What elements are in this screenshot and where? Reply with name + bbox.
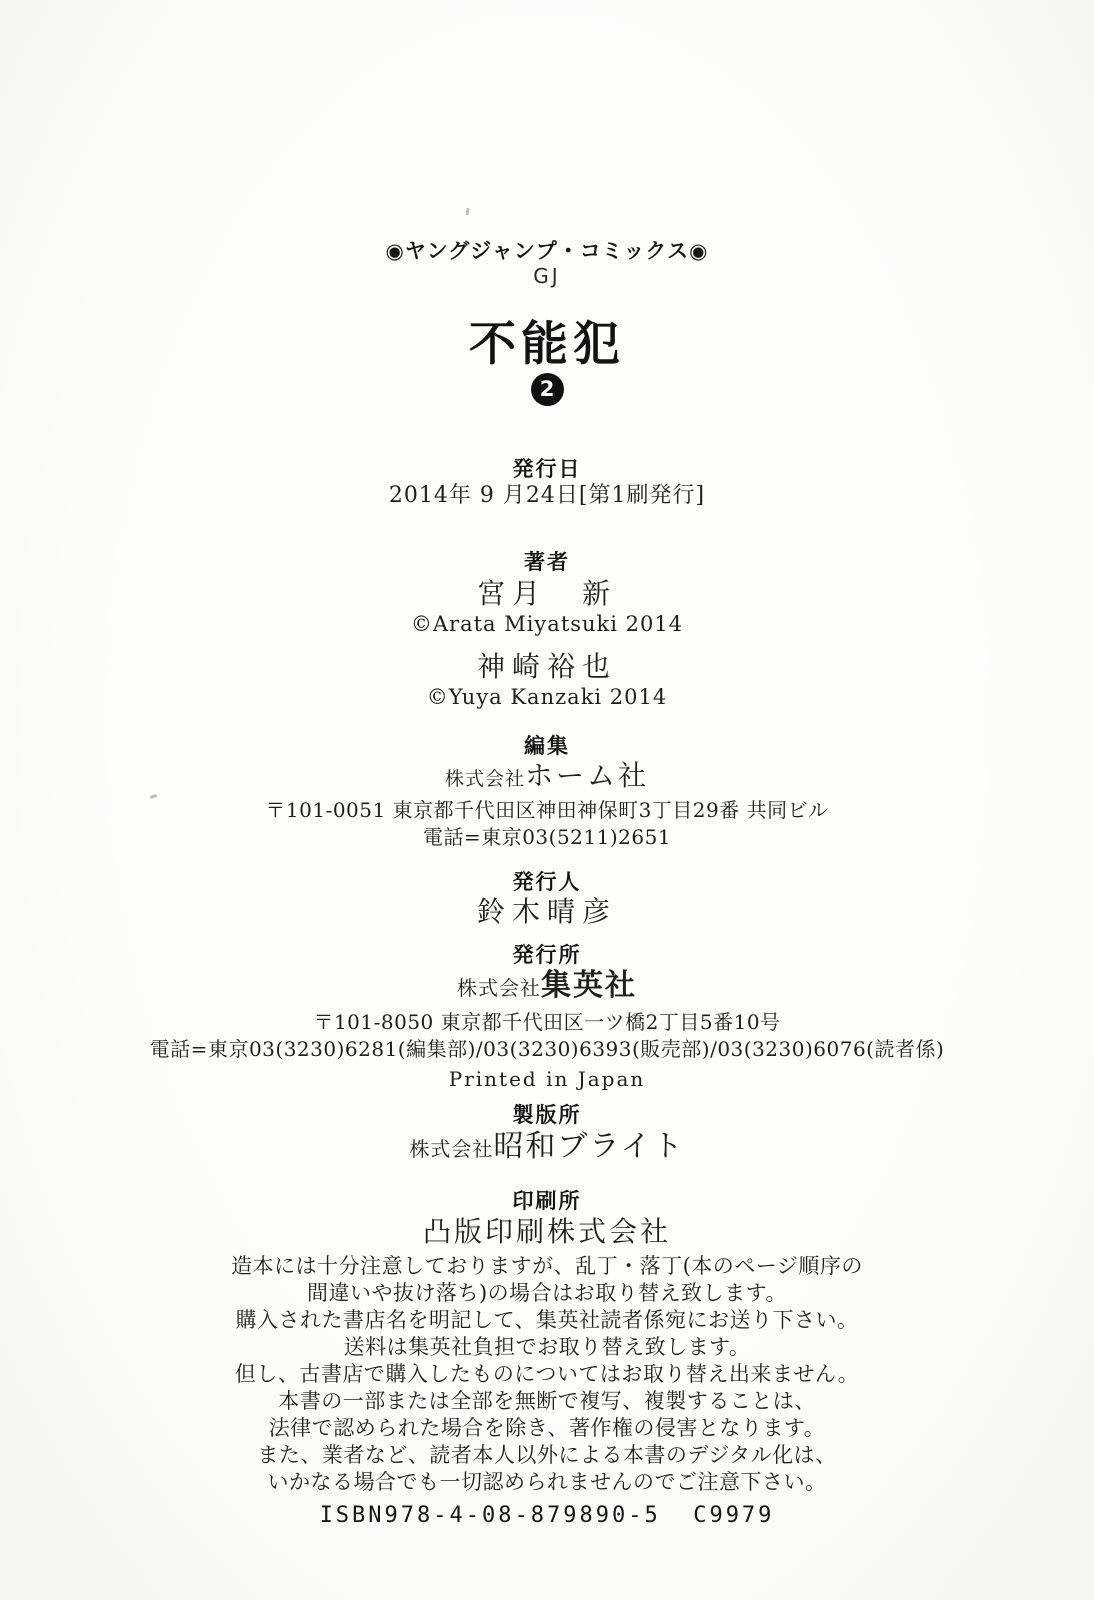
publisher-phone: 電話=東京03(3230)6281(編集部)/03(3230)6393(販売部)… — [0, 1036, 1094, 1062]
scan-artifact — [465, 208, 469, 215]
editing-company: 株式会社ホーム社 — [0, 759, 1094, 797]
editing-label: 編集 — [0, 733, 1094, 759]
notice-line: また、業者など、読者本人以外による本書のデジタル化は、 — [0, 1442, 1094, 1469]
notice-line: 造本には十分注意しておりますが、乱丁・落丁(本のページ順序の — [0, 1253, 1094, 1280]
platemaking-label: 製版所 — [0, 1102, 1094, 1128]
author-copyright: ©Arata Miyatsuki 2014 — [0, 611, 1094, 638]
company-prefix: 株式会社 — [445, 768, 525, 790]
printing-company: 凸版印刷株式会社 — [0, 1215, 1094, 1253]
book-title: 不能犯 — [0, 320, 1094, 370]
notice-line: 購入された書店名を明記して、集英社読者係宛にお送り下さい。 — [0, 1307, 1094, 1334]
company-prefix: 株式会社 — [409, 1137, 493, 1161]
volume-badge: 2 — [531, 373, 564, 406]
publisher-person-label: 発行人 — [0, 869, 1094, 895]
author-name: 神崎裕也 — [0, 650, 1094, 684]
notice-line: 但し、古書店で購入したものについてはお取り替え出来ません。 — [0, 1361, 1094, 1388]
printing-label: 印刷所 — [0, 1188, 1094, 1214]
printed-in-japan: Printed in Japan — [0, 1066, 1094, 1092]
company-name: 昭和ブライト — [493, 1129, 684, 1164]
author-name: 宮月 新 — [0, 577, 1094, 611]
company-name: 集英社 — [541, 968, 637, 1003]
notice-line: いかなる場合でも一切認められませんのでご注意下さい。 — [0, 1469, 1094, 1496]
colophon-page: ◉ヤングジャンプ・コミックス◉ GJ 不能犯 2 発行日 2014年 9 月24… — [0, 0, 1094, 1600]
replacement-notice: 造本には十分注意しておりますが、乱丁・落丁(本のページ順序の 間違いや抜け落ち)… — [0, 1253, 1094, 1496]
publisher-company: 株式会社集英社 — [0, 968, 1094, 1008]
company-name: 凸版印刷株式会社 — [423, 1215, 671, 1248]
editing-phone: 電話=東京03(5211)2651 — [0, 824, 1094, 850]
notice-line: 間違いや抜け落ち)の場合はお取り替え致します。 — [0, 1280, 1094, 1307]
volume-number: 2 — [540, 379, 555, 400]
imprint-code: GJ — [0, 264, 1094, 288]
company-name: ホーム社 — [525, 759, 649, 792]
notice-line: 本書の一部または全部を無断で複写、複製することは、 — [0, 1388, 1094, 1415]
series-line: ◉ヤングジャンプ・コミックス◉ — [0, 238, 1094, 264]
isbn-line: ISBN978-4-08-879890-5 C9979 — [0, 1502, 1094, 1530]
editing-address: 〒101-0051 東京都千代田区神田神保町3丁目29番 共同ビル — [0, 797, 1094, 823]
company-prefix: 株式会社 — [457, 976, 541, 1000]
issue-date-label: 発行日 — [0, 456, 1094, 482]
platemaking-company: 株式会社昭和ブライト — [0, 1129, 1094, 1169]
publisher-address: 〒101-8050 東京都千代田区一ツ橋2丁目5番10号 — [0, 1009, 1094, 1035]
author-copyright: ©Yuya Kanzaki 2014 — [0, 684, 1094, 711]
notice-line: 送料は集英社負担でお取り替え致します。 — [0, 1334, 1094, 1361]
issue-date-value: 2014年 9 月24日[第1刷発行] — [0, 482, 1094, 510]
publisher-person-name: 鈴木晴彦 — [0, 895, 1094, 929]
notice-line: 法律で認められた場合を除き、著作権の侵害となります。 — [0, 1415, 1094, 1442]
authors-label: 著者 — [0, 549, 1094, 575]
publisher-label: 発行所 — [0, 942, 1094, 968]
